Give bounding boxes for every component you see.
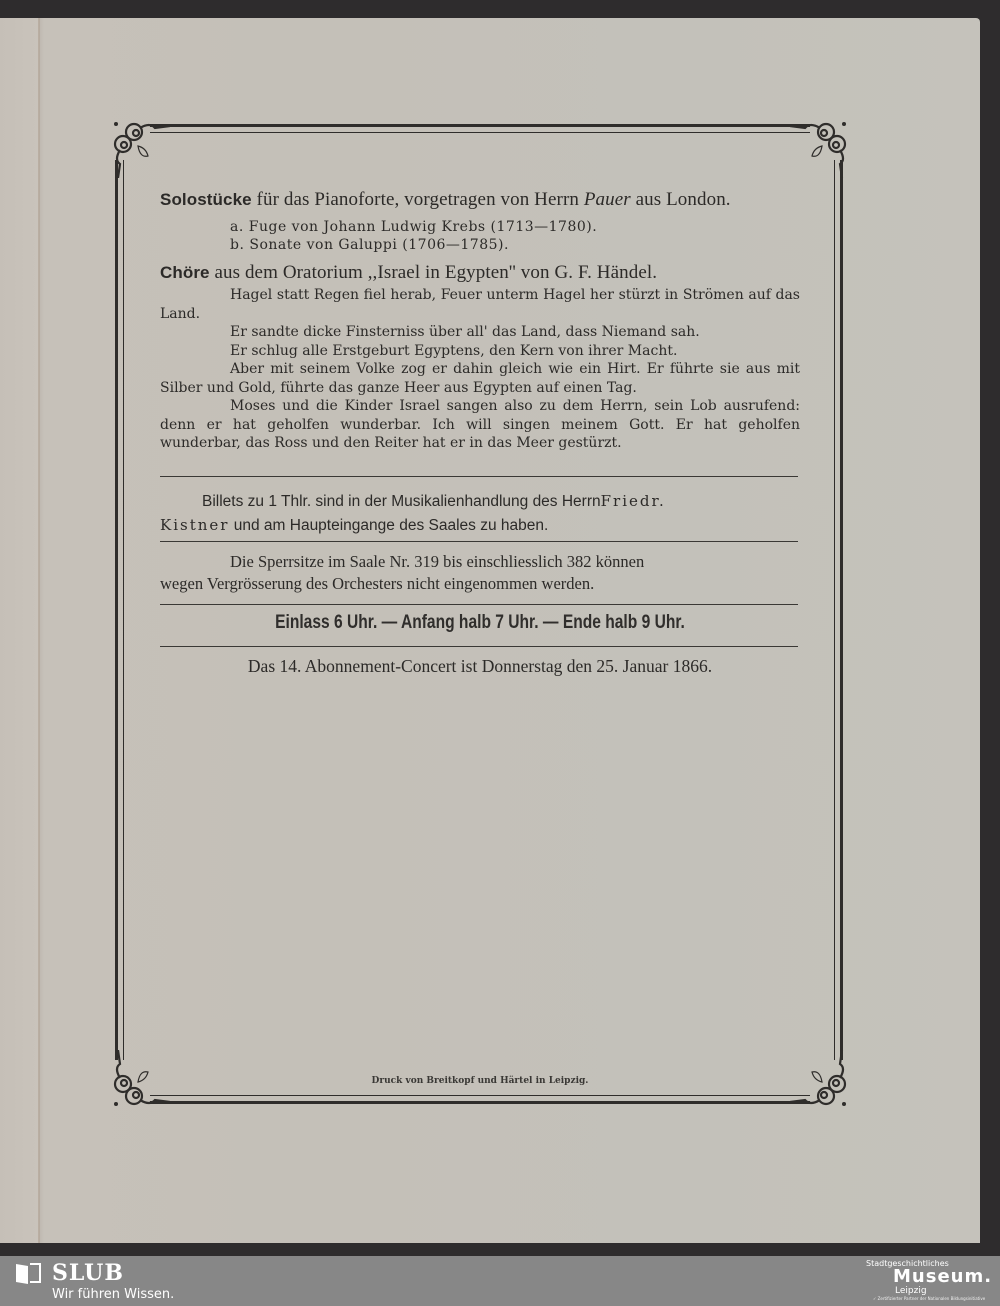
choir-section: Chöre aus dem Oratorium ,,Israel in Egyp… bbox=[160, 263, 800, 453]
corner-ornament-icon bbox=[790, 1050, 850, 1110]
solo-text: für das Pianoforte, vorgetragen von Herr… bbox=[252, 189, 584, 210]
solo-text-end: aus London. bbox=[631, 189, 731, 210]
museum-city: Leipzig bbox=[895, 1286, 927, 1296]
frame-left-thick bbox=[115, 160, 118, 1060]
performer-name: Pauer bbox=[584, 189, 631, 210]
next-concert: Das 14. Abonnement-Concert ist Donnersta… bbox=[160, 657, 800, 676]
next-concert-section: Das 14. Abonnement-Concert ist Donnersta… bbox=[160, 657, 800, 676]
slub-book-icon bbox=[14, 1262, 42, 1286]
divider bbox=[160, 646, 798, 647]
slub-logo-text[interactable]: SLUB bbox=[52, 1260, 124, 1286]
tickets-section: Billets zu 1 Thlr. sind in der Musikalie… bbox=[160, 489, 800, 537]
slub-tagline: Wir führen Wissen. bbox=[52, 1287, 174, 1302]
solo-heading: Solostücke für das Pianoforte, vorgetrag… bbox=[160, 190, 800, 209]
tickets-line-2: und am Haupteingange des Saales zu haben… bbox=[229, 517, 548, 534]
lyric-paragraph: Hagel statt Regen fiel herab, Feuer unte… bbox=[160, 286, 800, 323]
seats-line-1: Die Sperrsitze im Saale Nr. 319 bis eins… bbox=[160, 551, 800, 573]
tickets-line-1: Billets zu 1 Thlr. sind in der Musikalie… bbox=[202, 490, 601, 513]
page-fold bbox=[38, 18, 40, 1243]
lyric-paragraph: Er sandte dicke Finsterniss über all' da… bbox=[160, 323, 800, 342]
museum-logo-text[interactable]: Museum. bbox=[893, 1266, 992, 1287]
seats-section: Die Sperrsitze im Saale Nr. 319 bis eins… bbox=[160, 551, 800, 595]
frame-right-thick bbox=[840, 160, 843, 1060]
corner-ornament-icon bbox=[790, 118, 850, 178]
lyric-paragraph: Moses und die Kinder Israel sangen also … bbox=[160, 397, 800, 453]
frame-top-thick bbox=[150, 124, 810, 127]
divider bbox=[160, 604, 798, 605]
solo-label: Solostücke bbox=[160, 190, 252, 209]
solo-section: Solostücke für das Pianoforte, vorgetrag… bbox=[160, 190, 800, 255]
frame-right-thin bbox=[834, 160, 835, 1060]
frame-bottom-thin bbox=[150, 1095, 810, 1096]
event-times: Einlass 6 Uhr. — Anfang halb 7 Uhr. — En… bbox=[218, 613, 743, 632]
times-section: Einlass 6 Uhr. — Anfang halb 7 Uhr. — En… bbox=[160, 613, 800, 632]
frame-left-thin bbox=[123, 160, 124, 1060]
choir-label: Chöre bbox=[160, 263, 210, 282]
frame-bottom-thick bbox=[150, 1101, 810, 1104]
choir-text: aus dem Oratorium ,,Israel in Egypten'' … bbox=[210, 262, 658, 283]
corner-ornament-icon bbox=[110, 118, 170, 178]
seats-line-2: wegen Vergrösserung des Orchesters nicht… bbox=[160, 573, 800, 595]
tickets-name-first: Friedr. bbox=[601, 492, 666, 510]
museum-certification: ✓ Zertifizierter Partner der Nationalen … bbox=[873, 1296, 985, 1301]
corner-ornament-icon bbox=[110, 1050, 170, 1110]
printer-imprint: Druck von Breitkopf und Härtel in Leipzi… bbox=[300, 1076, 660, 1086]
footer-bar: SLUB Wir führen Wissen. Stadtgeschichtli… bbox=[0, 1256, 1000, 1306]
lyric-paragraph: Aber mit seinem Volke zog er dahin gleic… bbox=[160, 360, 800, 397]
frame-top-thin bbox=[150, 132, 810, 133]
lyric-paragraph: Er schlug alle Erstgeburt Egyptens, den … bbox=[160, 342, 800, 361]
divider bbox=[160, 541, 798, 542]
solo-item: b. Sonate von Galuppi (1706—1785). bbox=[160, 236, 800, 255]
divider bbox=[160, 476, 798, 477]
solo-item: a. Fuge von Johann Ludwig Krebs (1713—17… bbox=[160, 218, 800, 237]
choir-heading: Chöre aus dem Oratorium ,,Israel in Egyp… bbox=[160, 263, 800, 282]
tickets-name-last: Kistner bbox=[160, 516, 229, 534]
